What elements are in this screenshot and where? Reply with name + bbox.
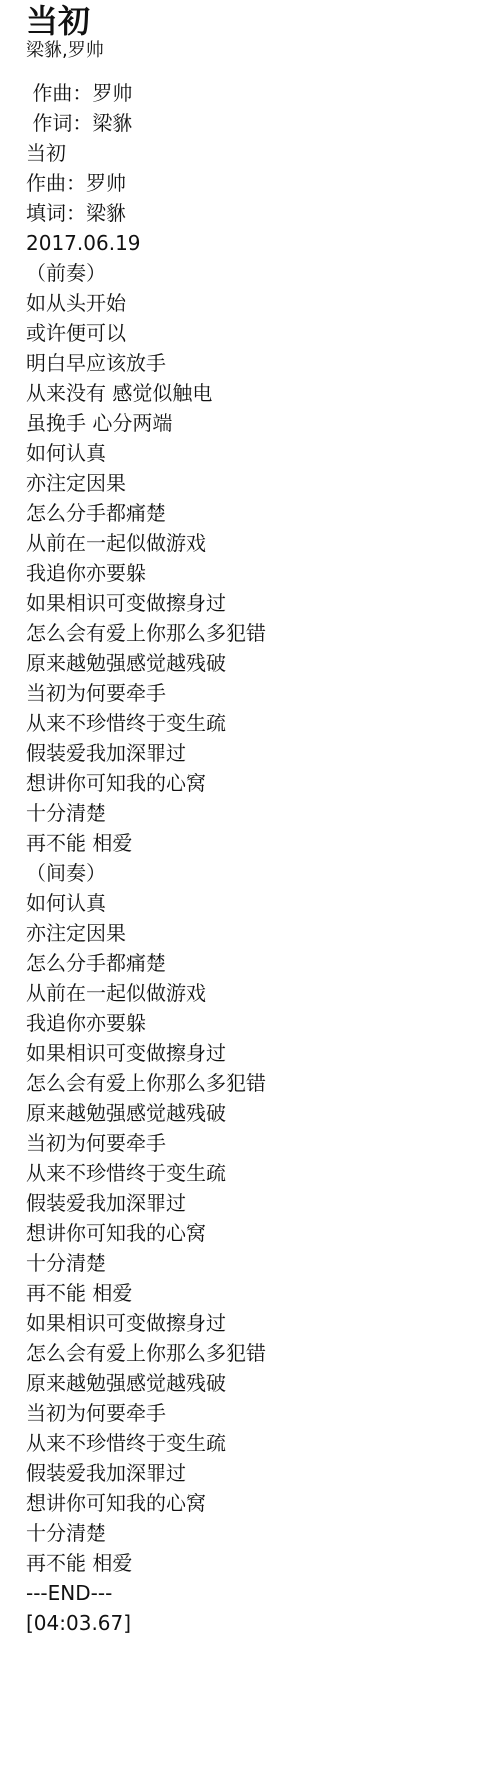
lyric-line: 从来不珍惜终于变生疏: [26, 708, 490, 738]
lyric-line: 当初为何要牵手: [26, 678, 490, 708]
lyric-line: 从来没有 感觉似触电: [26, 378, 490, 408]
lyric-line: 怎么会有爱上你那么多犯错: [26, 618, 490, 648]
lyric-line: 再不能 相爱: [26, 1548, 490, 1578]
lyric-line: 假装爱我加深罪过: [26, 738, 490, 768]
lyric-line: 如果相识可变做擦身过: [26, 1308, 490, 1338]
song-artists: 梁貅,罗帅: [26, 40, 490, 62]
lyric-line: 作曲：罗帅: [26, 78, 490, 108]
lyric-line: 原来越勉强感觉越残破: [26, 1098, 490, 1128]
lyric-line: （间奏）: [26, 858, 490, 888]
lyric-line: 亦注定因果: [26, 918, 490, 948]
lyric-line: 作词：梁貅: [26, 108, 490, 138]
lyric-line: 从前在一起似做游戏: [26, 528, 490, 558]
lyric-line: 作曲：罗帅: [26, 168, 490, 198]
lyric-line: 原来越勉强感觉越残破: [26, 648, 490, 678]
lyric-line: 当初为何要牵手: [26, 1128, 490, 1158]
lyric-line: 当初: [26, 138, 490, 168]
lyric-line: 假装爱我加深罪过: [26, 1188, 490, 1218]
lyric-line: 从来不珍惜终于变生疏: [26, 1158, 490, 1188]
lyric-line: 怎么分手都痛楚: [26, 498, 490, 528]
lyric-line: 虽挽手 心分两端: [26, 408, 490, 438]
lyric-line: 怎么会有爱上你那么多犯错: [26, 1338, 490, 1368]
lyrics-page: 当初 梁貅,罗帅 作曲：罗帅 作词：梁貅当初作曲：罗帅填词：梁貅2017.06.…: [0, 0, 500, 1638]
lyric-line: 亦注定因果: [26, 468, 490, 498]
lyric-line: 或许便可以: [26, 318, 490, 348]
lyric-line: 如果相识可变做擦身过: [26, 1038, 490, 1068]
lyric-line: 再不能 相爱: [26, 828, 490, 858]
lyric-line: 怎么会有爱上你那么多犯错: [26, 1068, 490, 1098]
song-title: 当初: [26, 2, 490, 40]
lyric-line: 我追你亦要躲: [26, 1008, 490, 1038]
lyric-line: 从来不珍惜终于变生疏: [26, 1428, 490, 1458]
lyric-line: 假装爱我加深罪过: [26, 1458, 490, 1488]
lyric-line: 2017.06.19: [26, 228, 490, 258]
lyric-line: 再不能 相爱: [26, 1278, 490, 1308]
lyric-line: （前奏）: [26, 258, 490, 288]
lyric-line: 十分清楚: [26, 1518, 490, 1548]
lyric-line: 当初为何要牵手: [26, 1398, 490, 1428]
lyric-line: 十分清楚: [26, 798, 490, 828]
lyric-line: 如何认真: [26, 888, 490, 918]
lyric-line: 十分清楚: [26, 1248, 490, 1278]
lyric-line: [04:03.67]: [26, 1608, 490, 1638]
lyric-line: 如从头开始: [26, 288, 490, 318]
lyric-line: 想讲你可知我的心窝: [26, 1218, 490, 1248]
lyric-line: 想讲你可知我的心窝: [26, 1488, 490, 1518]
lyric-line: 我追你亦要躲: [26, 558, 490, 588]
lyric-line: 如果相识可变做擦身过: [26, 588, 490, 618]
lyric-line: 填词：梁貅: [26, 198, 490, 228]
lyrics-body: 作曲：罗帅 作词：梁貅当初作曲：罗帅填词：梁貅2017.06.19（前奏）如从头…: [26, 78, 490, 1638]
lyric-line: 原来越勉强感觉越残破: [26, 1368, 490, 1398]
lyric-line: 明白早应该放手: [26, 348, 490, 378]
lyric-line: ---END---: [26, 1578, 490, 1608]
lyric-line: 怎么分手都痛楚: [26, 948, 490, 978]
lyric-line: 想讲你可知我的心窝: [26, 768, 490, 798]
lyric-line: 如何认真: [26, 438, 490, 468]
lyric-line: 从前在一起似做游戏: [26, 978, 490, 1008]
